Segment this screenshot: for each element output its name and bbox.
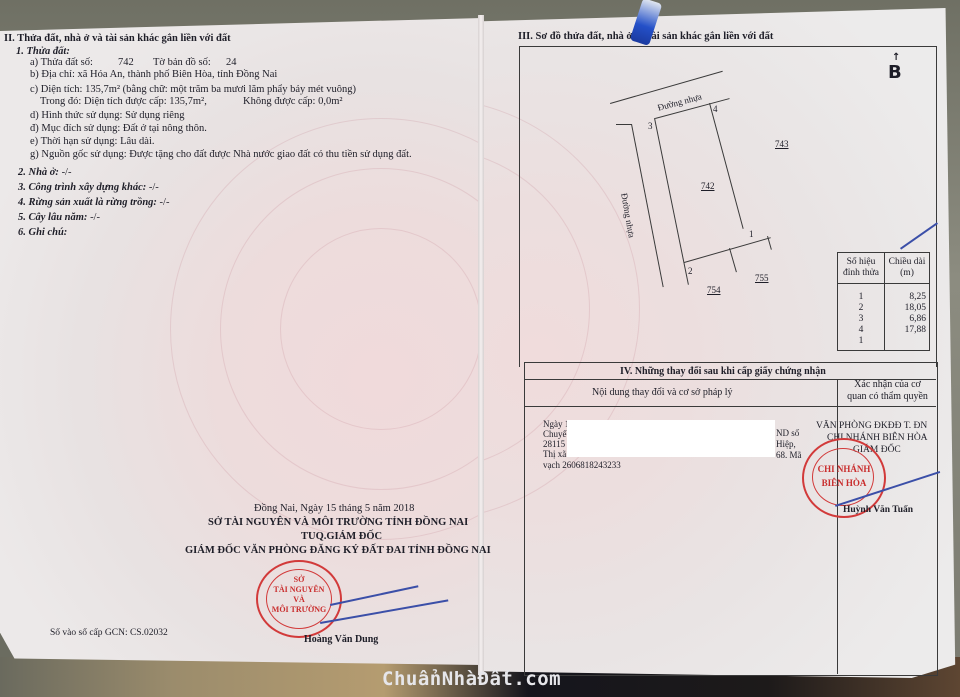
parcel-743: 743 bbox=[775, 138, 789, 150]
vertex-column: 1 2 3 4 1 bbox=[838, 284, 885, 351]
divider bbox=[525, 406, 936, 407]
length-column: 8,25 18,05 6,86 17,88 bbox=[885, 284, 930, 351]
col-confirmation: Xác nhận của cơ quan có thẩm quyền bbox=[845, 379, 930, 403]
issuer-role: TUQ.GIÁM ĐỐC bbox=[301, 531, 382, 543]
usage-purpose: đ) Mục đích sử dụng: Đất ở tại nông thôn… bbox=[30, 123, 207, 135]
usage-form: d) Hình thức sử dụng: Sử dụng riêng bbox=[30, 110, 184, 122]
item-house: 2. Nhà ở: -/- bbox=[18, 167, 71, 179]
issuing-org: SỞ TÀI NGUYÊN VÀ MÔI TRƯỜNG TỈNH ĐỒNG NA… bbox=[208, 517, 468, 529]
edge-length-table: Số hiệu đỉnh thửa Chiều dài (m) 1 2 3 4 … bbox=[837, 252, 930, 351]
parcel-742: 742 bbox=[701, 180, 715, 192]
vertex-4: 4 bbox=[713, 103, 718, 115]
north-arrow-icon: ↑B bbox=[888, 62, 902, 83]
road-edge bbox=[616, 124, 632, 125]
parcel-number-label: a) Thửa đất số: bbox=[30, 57, 93, 69]
address: b) Địa chỉ: xã Hóa An, thành phố Biên Hò… bbox=[30, 69, 277, 81]
parcel-755: 755 bbox=[755, 272, 769, 284]
page-fold bbox=[478, 15, 484, 675]
watermark: ChuẩnNhàĐất.com bbox=[382, 668, 561, 690]
item-forest: 4. Rừng sản xuất là rừng trồng: -/- bbox=[18, 197, 169, 209]
item-perennial-trees: 5. Cây lâu năm: -/- bbox=[18, 212, 100, 224]
parcel-number: 742 bbox=[118, 57, 134, 69]
section-iv-title: IV. Những thay đổi sau khi cấp giấy chứn… bbox=[620, 366, 826, 378]
col-change-content: Nội dung thay đổi và cơ sở pháp lý bbox=[592, 387, 733, 399]
area-granted: Trong đó: Diện tích được cấp: 135,7m², bbox=[40, 96, 207, 108]
area-not-granted: Không được cấp: 0,0m² bbox=[243, 96, 343, 108]
confirm-org: VĂN PHÒNG ĐKĐĐ T. ĐN bbox=[816, 420, 927, 432]
header-vertex: Số hiệu đỉnh thửa bbox=[838, 253, 885, 284]
parcel-754: 754 bbox=[707, 284, 721, 296]
issue-date: Đồng Nai, Ngày 15 tháng 5 năm 2018 bbox=[254, 503, 414, 515]
area: c) Diện tích: 135,7m² (bằng chữ: một tră… bbox=[30, 84, 356, 96]
map-sheet-label: Tờ bản đồ số: bbox=[153, 57, 211, 69]
signer-left: Hoàng Văn Dung bbox=[304, 634, 378, 646]
redaction-block bbox=[567, 420, 775, 457]
item-notes: 6. Ghi chú: bbox=[18, 227, 67, 239]
confirm-signer: Huỳnh Văn Tuấn bbox=[843, 504, 913, 516]
usage-origin: g) Nguồn gốc sử dụng: Được tặng cho đất … bbox=[30, 149, 412, 161]
issuer-title: GIÁM ĐỐC VĂN PHÒNG ĐĂNG KÝ ĐẤT ĐAI TỈNH … bbox=[185, 545, 491, 557]
table-header-row: Số hiệu đỉnh thửa Chiều dài (m) bbox=[838, 253, 930, 284]
vertex-2: 2 bbox=[688, 265, 693, 277]
vertex-3: 3 bbox=[648, 120, 653, 132]
item-other-construction: 3. Công trình xây dựng khác: -/- bbox=[18, 182, 159, 194]
table-body: 1 2 3 4 1 8,25 18,05 6,86 17,88 bbox=[838, 284, 930, 351]
header-length: Chiều dài (m) bbox=[885, 253, 930, 284]
change-entry-barcode: vạch 2606818243233 bbox=[543, 459, 621, 471]
change-entry-fragment: 68. Mã bbox=[776, 449, 802, 461]
changes-frame bbox=[524, 362, 938, 676]
vertex-1: 1 bbox=[749, 228, 754, 240]
official-stamp-left: SỞ TÀI NGUYÊN VÀ MÔI TRƯỜNG bbox=[256, 560, 342, 638]
map-sheet-number: 24 bbox=[226, 57, 237, 69]
section-ii-title: II. Thửa đất, nhà ở và tài sản khác gắn … bbox=[4, 33, 231, 45]
registry-number: Số vào sổ cấp GCN: CS.02032 bbox=[50, 627, 168, 639]
usage-term: e) Thời hạn sử dụng: Lâu dài. bbox=[30, 136, 154, 148]
